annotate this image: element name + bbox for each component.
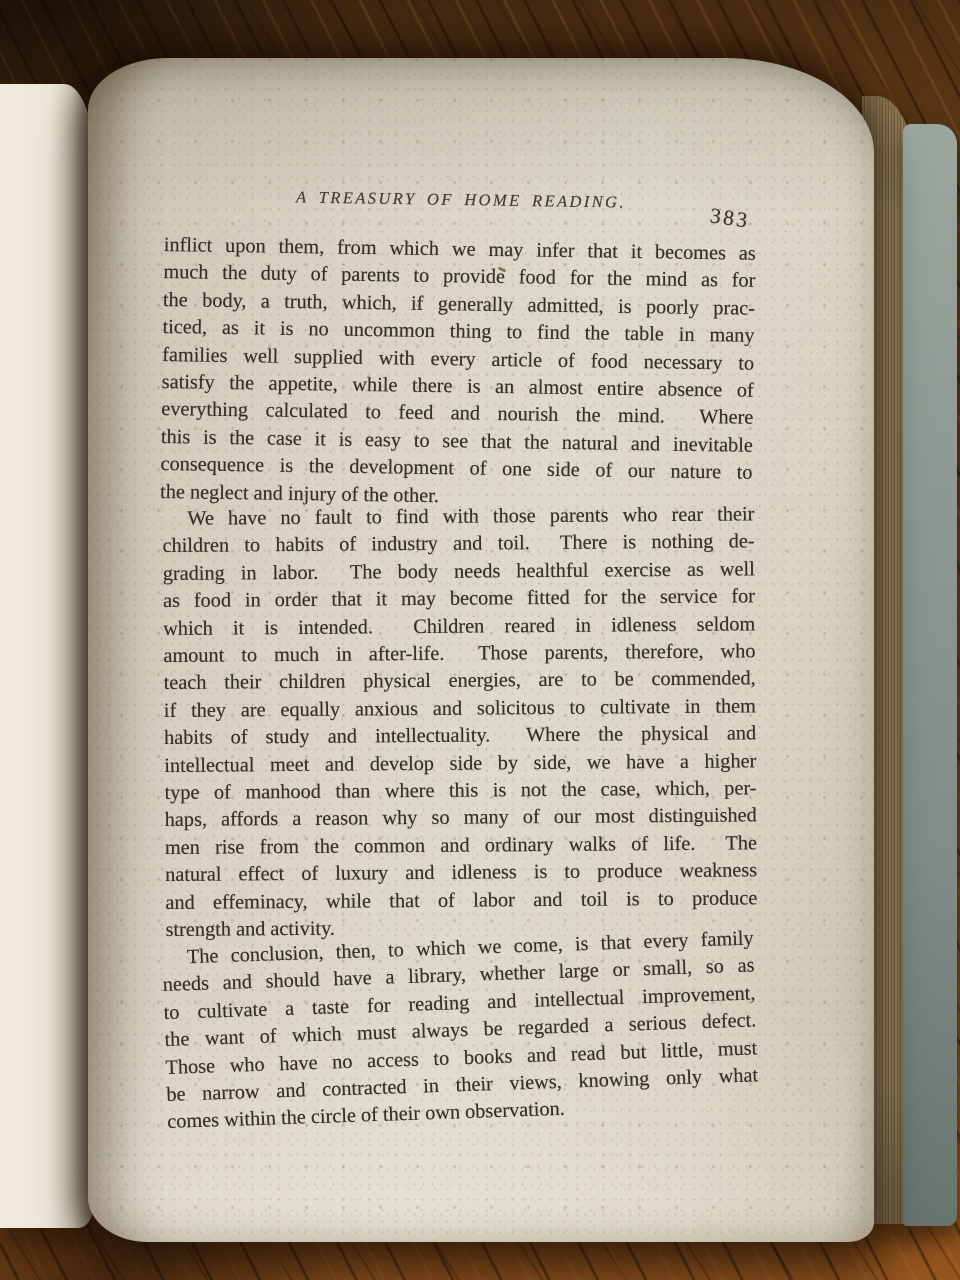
book-photo-scene: A TREASURY OF HOME READING. 383 inflict … <box>0 0 960 1280</box>
text-line: as food in order that it may become fitt… <box>163 584 755 616</box>
paragraph: We have no fault to find with those pare… <box>162 501 757 944</box>
text-line: and effeminacy, while that of labor and … <box>165 885 757 917</box>
facing-page-edge <box>0 84 94 1228</box>
running-header: A TREASURY OF HOME READING. <box>166 187 756 213</box>
page-text: inflict upon them, from which we may inf… <box>164 232 756 1136</box>
paragraph: The conclusion, then, to which we come, … <box>161 925 759 1136</box>
text-line: habits of study and intellectuality. Whe… <box>164 721 756 753</box>
page-number: 383 <box>708 203 751 233</box>
text-line: natural effect of luxury and idleness is… <box>165 858 757 890</box>
book-back-cover <box>903 124 957 1226</box>
paragraph: inflict upon them, from which we may inf… <box>160 232 756 515</box>
book-page: A TREASURY OF HOME READING. 383 inflict … <box>88 58 874 1242</box>
